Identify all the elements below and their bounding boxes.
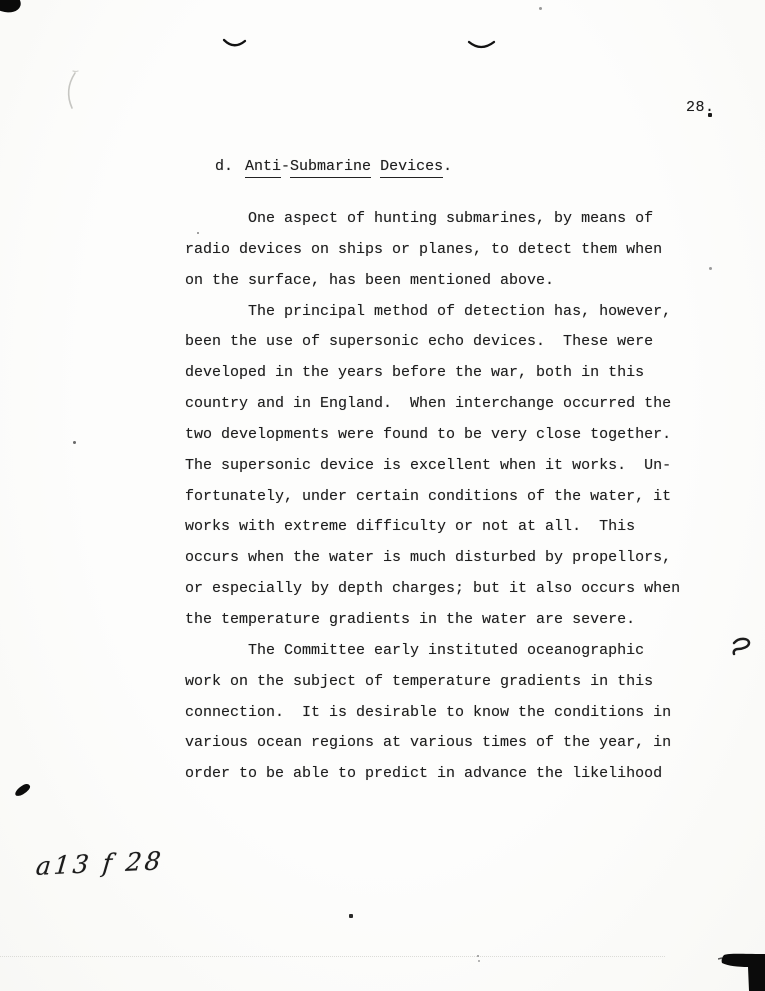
section-title: Anti-SubmarineDevices. bbox=[245, 158, 452, 175]
dust-speck bbox=[477, 955, 479, 957]
text-line: radio devices on ships or planes, to det… bbox=[185, 235, 705, 266]
text-line: various ocean regions at various times o… bbox=[185, 728, 705, 759]
text-line: fortunately, under certain conditions of… bbox=[185, 482, 705, 513]
document-page: 28. d.Anti-SubmarineDevices. One aspect … bbox=[0, 0, 765, 991]
ink-blob-top-left-icon bbox=[0, 0, 23, 16]
text-line: developed in the years before the war, b… bbox=[185, 358, 705, 389]
text-line: been the use of supersonic echo devices.… bbox=[185, 327, 705, 358]
text-line: The Committee early instituted oceanogra… bbox=[185, 636, 705, 667]
scan-corner-mark-bottom-right-icon bbox=[718, 950, 765, 991]
section-index: d. bbox=[215, 158, 233, 175]
margin-squiggle-mark-icon bbox=[731, 636, 754, 659]
text-line: The principal method of detection has, h… bbox=[185, 297, 705, 328]
pen-curve-mark-right-icon bbox=[467, 38, 496, 54]
dust-speck bbox=[709, 267, 712, 270]
dust-speck bbox=[73, 441, 76, 444]
text-line: connection. It is desirable to know the … bbox=[185, 698, 705, 729]
text-line: on the surface, has been mentioned above… bbox=[185, 266, 705, 297]
text-line: two developments were found to be very c… bbox=[185, 420, 705, 451]
text-line: works with extreme difficulty or not at … bbox=[185, 512, 705, 543]
body-text: One aspect of hunting submarines, by mea… bbox=[185, 204, 705, 790]
text-line: or especially by depth charges; but it a… bbox=[185, 574, 705, 605]
text-line: One aspect of hunting submarines, by mea… bbox=[185, 204, 705, 235]
dust-speck bbox=[539, 7, 542, 10]
dust-speck bbox=[478, 960, 480, 962]
ink-blob-bottom-left-icon bbox=[13, 782, 32, 797]
dust-speck bbox=[349, 914, 353, 918]
dust-speck bbox=[708, 113, 712, 117]
text-line: order to be able to predict in advance t… bbox=[185, 759, 705, 790]
text-line: The supersonic device is excellent when … bbox=[185, 451, 705, 482]
pen-curve-mark-left-icon bbox=[222, 37, 247, 52]
text-line: work on the subject of temperature gradi… bbox=[185, 667, 705, 698]
faint-scan-line bbox=[0, 956, 665, 957]
handwritten-annotation: a13 f 28 bbox=[35, 846, 165, 881]
faint-parenthesis-mark-icon bbox=[58, 70, 80, 112]
text-line: the temperature gradients in the water a… bbox=[185, 605, 705, 636]
text-line: occurs when the water is much disturbed … bbox=[185, 543, 705, 574]
section-heading: d.Anti-SubmarineDevices. bbox=[215, 158, 452, 175]
text-line: country and in England. When interchange… bbox=[185, 389, 705, 420]
dust-speck bbox=[197, 232, 199, 234]
